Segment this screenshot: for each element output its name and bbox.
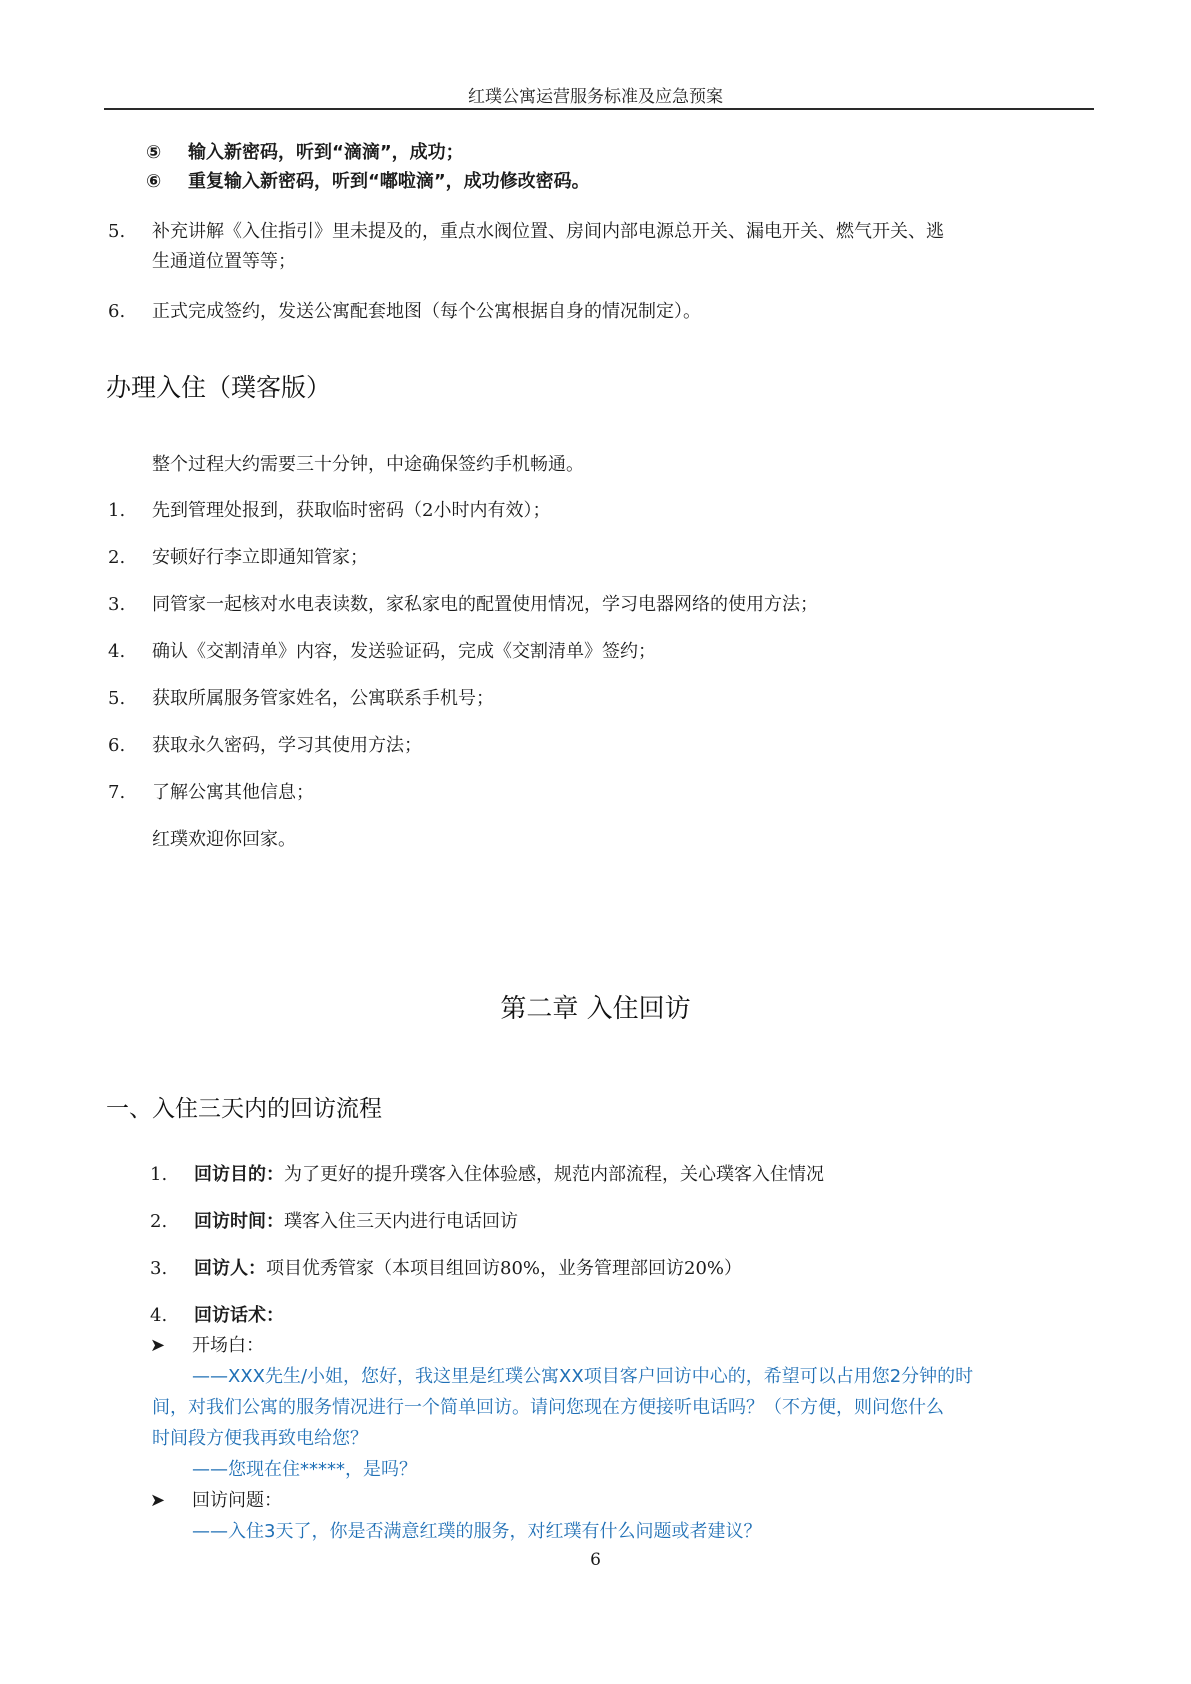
section-title: 办理入住（璞客版） (106, 368, 331, 404)
list-text: 同管家一起核对水电表读数，家私家电的配置使用情况，学习电器网络的使用方法； (152, 594, 818, 615)
list-item: 6.获取永久密码，学习其使用方法； (108, 731, 422, 757)
list-number: 2. (150, 1211, 194, 1232)
arrow-bullet-icon: ➤ (150, 1490, 192, 1511)
closing-line: 红璞欢迎你回家。 (152, 825, 296, 851)
chapter-title: 第二章 入住回访 (0, 988, 1191, 1025)
list-text: 璞客入住三天内进行电话回访 (284, 1211, 518, 1232)
list-item: 6.正式完成签约，发送公寓配套地图（每个公寓根据自身的情况制定）。 (108, 297, 701, 323)
item-label: 回访目的： (194, 1164, 284, 1185)
bullet-label: 开场白： (192, 1335, 264, 1356)
header-divider (104, 108, 1094, 110)
opening-bullet: ➤开场白： (150, 1331, 264, 1357)
item-label: 回访时间： (194, 1211, 284, 1232)
list-text: 补充讲解《入住指引》里未提及的，重点水阀位置、房间内部电源总开关、漏电开关、燃气… (152, 221, 944, 242)
list-item-continuation: 生通道位置等等； (152, 247, 296, 273)
list-number: 4. (150, 1305, 194, 1326)
arrow-bullet-icon: ➤ (150, 1335, 192, 1356)
list-number: 4. (108, 641, 152, 662)
script-line: ——XXX先生/小姐，您好，我这里是红璞公寓XX项目客户回访中心的，希望可以占用… (192, 1362, 973, 1388)
list-item: 5.补充讲解《入住指引》里未提及的，重点水阀位置、房间内部电源总开关、漏电开关、… (108, 217, 944, 243)
list-number: 5. (108, 221, 152, 242)
list-item: 3.同管家一起核对水电表读数，家私家电的配置使用情况，学习电器网络的使用方法； (108, 590, 818, 616)
list-item: 2.安顿好行李立即通知管家； (108, 543, 368, 569)
list-text: 了解公寓其他信息； (152, 782, 314, 803)
list-item: 3.回访人：项目优秀管家（本项目组回访80%，业务管理部回访20%） (150, 1254, 742, 1280)
item-label: 回访人： (194, 1258, 266, 1279)
list-number: 5. (108, 688, 152, 709)
list-number: 3. (150, 1258, 194, 1279)
list-item: 1.先到管理处报到，获取临时密码（2小时内有效）； (108, 496, 550, 522)
list-number: 1. (150, 1164, 194, 1185)
step-marker: ⑤ (146, 142, 188, 163)
script-line: 时间段方便我再致电给您？ (152, 1424, 368, 1450)
list-number: 2. (108, 547, 152, 568)
list-item: 4.回访话术： (150, 1301, 284, 1327)
list-number: 6. (108, 735, 152, 756)
password-step-5: ⑤输入新密码，听到“滴滴”，成功； (146, 138, 464, 164)
list-text: 正式完成签约，发送公寓配套地图（每个公寓根据自身的情况制定）。 (152, 301, 701, 322)
page-number: 6 (0, 1550, 1191, 1570)
questions-bullet: ➤回访问题： (150, 1486, 282, 1512)
list-item: 7.了解公寓其他信息； (108, 778, 314, 804)
list-item: 5.获取所属服务管家姓名，公寓联系手机号； (108, 684, 494, 710)
list-number: 1. (108, 500, 152, 521)
step-marker: ⑥ (146, 171, 188, 192)
subsection-title: 一、入住三天内的回访流程 (106, 1090, 382, 1123)
password-step-6: ⑥重复输入新密码，听到“嘟啦滴”，成功修改密码。 (146, 167, 590, 193)
list-text: 为了更好的提升璞客入住体验感，规范内部流程，关心璞客入住情况 (284, 1164, 824, 1185)
list-text: 获取永久密码，学习其使用方法； (152, 735, 422, 756)
list-text: 先到管理处报到，获取临时密码（2小时内有效）； (152, 500, 550, 521)
script-line: ——您现在住*****，是吗？ (192, 1455, 417, 1481)
list-number: 3. (108, 594, 152, 615)
item-label: 回访话术： (194, 1305, 284, 1326)
script-line: ——入住3天了，你是否满意红璞的服务，对红璞有什么问题或者建议？ (192, 1517, 761, 1543)
list-item: 2.回访时间：璞客入住三天内进行电话回访 (150, 1207, 518, 1233)
step-text: 重复输入新密码，听到“嘟啦滴”，成功修改密码。 (188, 171, 590, 192)
script-line: 间，对我们公寓的服务情况进行一个简单回访。请问您现在方便接听电话吗？（不方便，则… (152, 1393, 944, 1419)
list-number: 7. (108, 782, 152, 803)
running-header: 红璞公寓运营服务标准及应急预案 (0, 82, 1191, 107)
list-item: 4.确认《交割清单》内容，发送验证码，完成《交割清单》签约； (108, 637, 656, 663)
list-item: 1.回访目的：为了更好的提升璞客入住体验感，规范内部流程，关心璞客入住情况 (150, 1160, 824, 1186)
list-text: 获取所属服务管家姓名，公寓联系手机号； (152, 688, 494, 709)
list-text: 安顿好行李立即通知管家； (152, 547, 368, 568)
list-text: 项目优秀管家（本项目组回访80%，业务管理部回访20%） (266, 1258, 742, 1279)
list-text: 确认《交割清单》内容，发送验证码，完成《交割清单》签约； (152, 641, 656, 662)
section-intro: 整个过程大约需要三十分钟，中途确保签约手机畅通。 (152, 450, 584, 476)
bullet-label: 回访问题： (192, 1490, 282, 1511)
step-text: 输入新密码，听到“滴滴”，成功； (188, 142, 464, 163)
list-number: 6. (108, 301, 152, 322)
